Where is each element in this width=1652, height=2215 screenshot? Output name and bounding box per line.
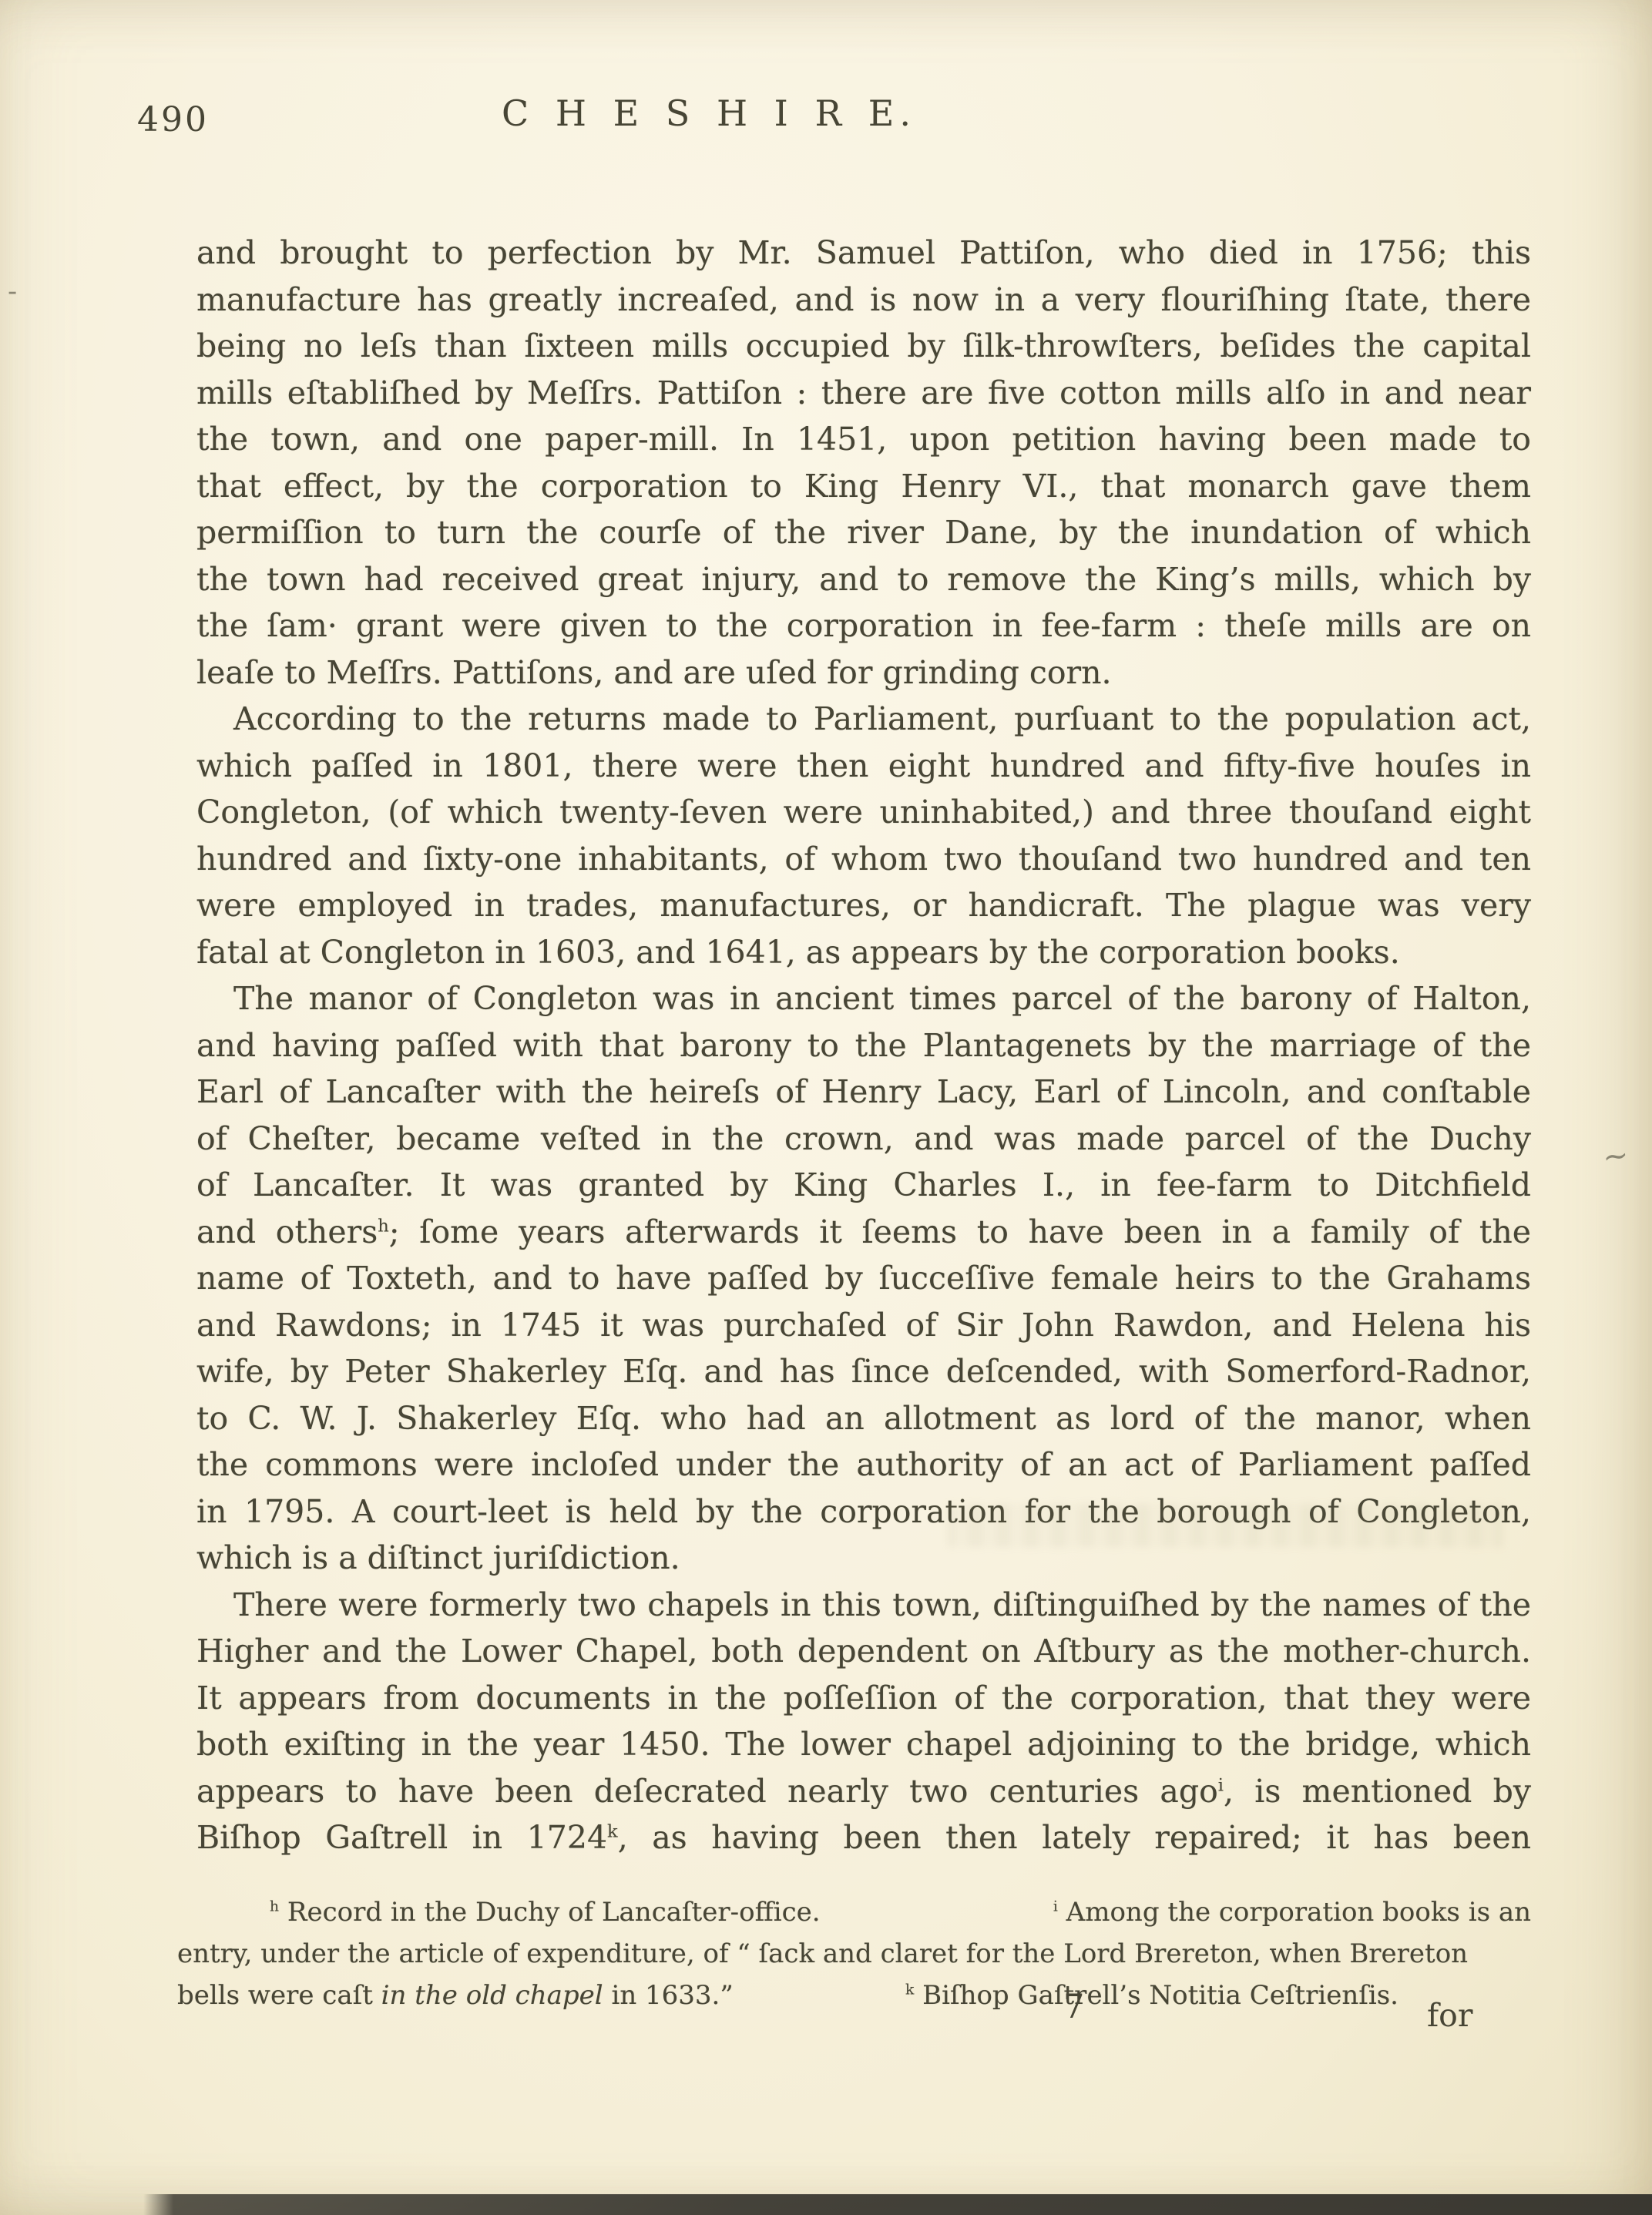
text-line-with-footnote-ref: appears to have been deſecrated nearly t…	[196, 1768, 1531, 1815]
text-line: the commons were incloſed under the auth…	[196, 1441, 1531, 1488]
text-line: were employed in trades, manufactures, o…	[196, 882, 1531, 929]
footnote-marker-i: i	[1053, 1899, 1058, 1915]
scan-artifact-dash: -	[8, 276, 17, 307]
bleedthrough-smudge	[948, 1504, 1503, 1547]
page-number: 490	[137, 100, 209, 139]
scan-edge-bar	[143, 2194, 1652, 2215]
footnote-i-text: Among the corporation books is an	[1066, 1897, 1531, 1928]
line-pre: Biſhop Gaſtrell in 1724	[196, 1819, 607, 1856]
text-line: of Lancaſter. It was granted by King Cha…	[196, 1162, 1531, 1209]
text-line: hundred and ſixty-one inhabitants, of wh…	[196, 836, 1531, 883]
footnote-ref-k: k	[607, 1821, 618, 1841]
footnote-row-1: h Record in the Duchy of Lancaſter-offic…	[177, 1891, 1531, 1933]
paragraph-1: and brought to perfection by Mr. Samuel …	[196, 230, 1531, 696]
footnote-h-text: Record in the Duchy of Lancaſter-office.	[287, 1897, 821, 1928]
text-line: leaſe to Meſſrs. Pattiſons, and are uſed…	[196, 649, 1531, 696]
line-post: ; ſome years afterwards it ſeems to have…	[389, 1213, 1531, 1250]
text-line: According to the returns made to Parliam…	[196, 696, 1531, 743]
footnote-ref-i: i	[1218, 1775, 1224, 1795]
footnote-i-end: bells were caſt in the old chapel in 163…	[177, 1975, 734, 2016]
text-line: mills eſtabliſhed by Meſſrs. Pattiſon : …	[196, 370, 1531, 417]
text-line: the town had received great injury, and …	[196, 556, 1531, 603]
paragraph-2: According to the returns made to Parliam…	[196, 696, 1531, 975]
text-line: of Cheſter, became veſted in the crown, …	[196, 1116, 1531, 1163]
text-line: wife, by Peter Shakerley Eſq. and has ſi…	[196, 1348, 1531, 1395]
signature-mark: 7	[1063, 1988, 1084, 2026]
footnote-row-3: bells were caſt in the old chapel in 163…	[177, 1975, 1531, 2016]
scan-artifact-tilde: ~	[1600, 1137, 1631, 1176]
line-post: , is mentioned by	[1224, 1773, 1531, 1810]
line-pre: appears to have been deſecrated nearly t…	[196, 1773, 1218, 1810]
paragraph-3: The manor of Congleton was in ancient ti…	[196, 975, 1531, 1582]
paragraph-4: There were formerly two chapels in this …	[196, 1582, 1531, 1861]
footnote-marker-k: k	[905, 1982, 914, 1999]
footnote-i: i Among the corporation books is an	[1053, 1891, 1531, 1933]
text-line: permiſſion to turn the courſe of the riv…	[196, 509, 1531, 556]
line-pre: and others	[196, 1213, 378, 1250]
running-header: C H E S H I R E.	[502, 92, 916, 134]
text-line: which paſſed in 1801, there were then ei…	[196, 743, 1531, 790]
text-line: that effect, by the corporation to King …	[196, 463, 1531, 510]
text-line: to C. W. J. Shakerley Eſq. who had an al…	[196, 1395, 1531, 1442]
footnote-i-end-post: in 1633.”	[603, 1980, 734, 2011]
text-line: Congleton, (of which twenty-ſeven were u…	[196, 789, 1531, 836]
footnote-k-text: Biſhop Gaſtrell’s Notitia Ceſtrienſis.	[922, 1980, 1398, 2011]
text-line: fatal at Congleton in 1603, and 1641, as…	[196, 929, 1531, 976]
text-line: and having paſſed with that barony to th…	[196, 1022, 1531, 1069]
line-post: , as having been then lately repaired; i…	[618, 1819, 1531, 1856]
text-line-with-footnote-ref: Biſhop Gaſtrell in 1724k, as having been…	[196, 1814, 1531, 1861]
text-line: Higher and the Lower Chapel, both depend…	[196, 1628, 1531, 1675]
text-line: Earl of Lancaſter with the heireſs of He…	[196, 1069, 1531, 1116]
footnote-k: k Biſhop Gaſtrell’s Notitia Ceſtrienſis.	[905, 1975, 1398, 2016]
body-text: and brought to perfection by Mr. Samuel …	[196, 230, 1531, 1861]
footnote-i-end-pre: bells were caſt	[177, 1980, 381, 2011]
text-line: name of Toxteth, and to have paſſed by ſ…	[196, 1255, 1531, 1302]
footnote-i-end-italic: in the old chapel	[381, 1980, 603, 2011]
footnote-row-2: entry, under the article of expenditure,…	[177, 1933, 1531, 1975]
footnote-marker-h: h	[270, 1899, 279, 1915]
footnote-h: h Record in the Duchy of Lancaſter-offic…	[270, 1891, 821, 1933]
footnote-i-continuation: entry, under the article of expenditure,…	[177, 1933, 1531, 1975]
footnotes: h Record in the Duchy of Lancaſter-offic…	[177, 1891, 1531, 2016]
text-line: The manor of Congleton was in ancient ti…	[196, 975, 1531, 1022]
text-line: being no leſs than ſixteen mills occupie…	[196, 323, 1531, 370]
text-line: It appears from documents in the poſſeſſ…	[196, 1675, 1531, 1722]
text-line: There were formerly two chapels in this …	[196, 1582, 1531, 1629]
footnote-ref-h: h	[378, 1216, 389, 1236]
text-line: both exiſting in the year 1450. The lowe…	[196, 1721, 1531, 1768]
text-line: the town, and one paper-mill. In 1451, u…	[196, 416, 1531, 463]
text-line: manufacture has greatly increaſed, and i…	[196, 277, 1531, 324]
book-page: 490 C H E S H I R E. and brought to perf…	[0, 0, 1652, 2215]
catchword: for	[1427, 1997, 1472, 2034]
text-line: the ſam· grant were given to the corpora…	[196, 602, 1531, 649]
text-line: and brought to perfection by Mr. Samuel …	[196, 230, 1531, 277]
text-line-with-footnote-ref: and othersh; ſome years afterwards it ſe…	[196, 1209, 1531, 1256]
text-line: and Rawdons; in 1745 it was purchaſed of…	[196, 1302, 1531, 1349]
